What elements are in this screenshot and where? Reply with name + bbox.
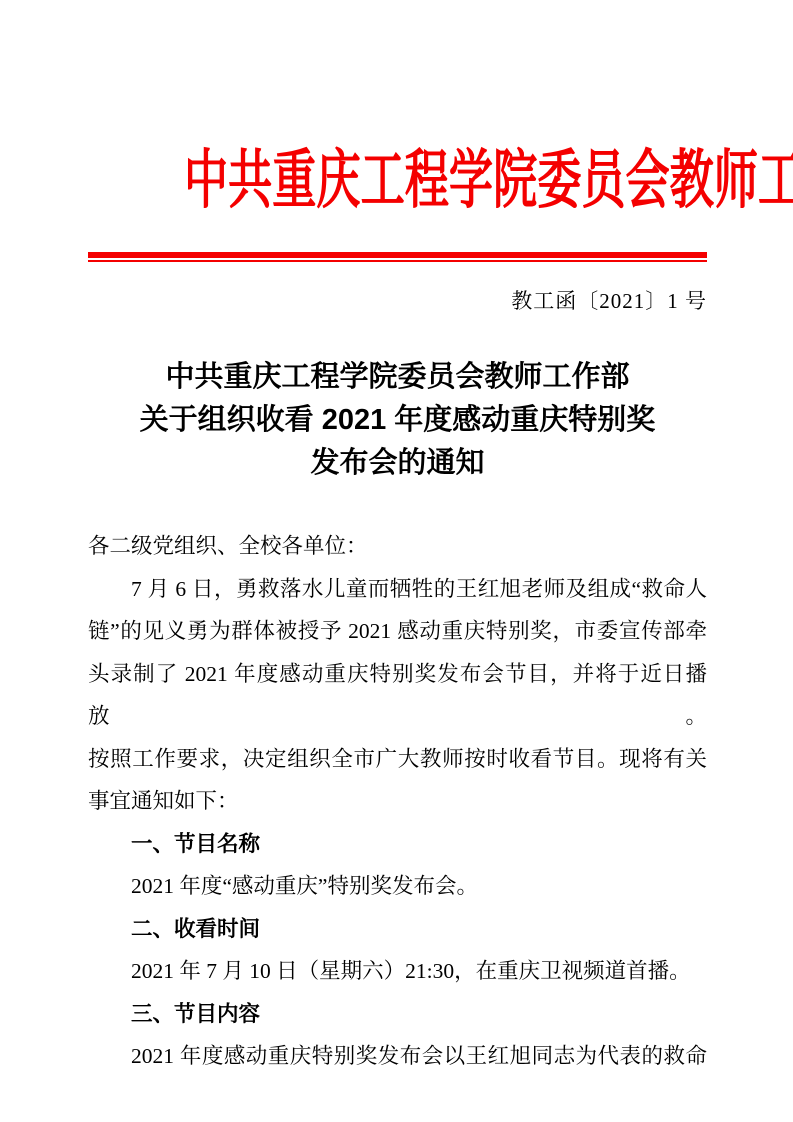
body-line: 2021 年度感动重庆特别奖发布会以王红旭同志为代表的救命 (88, 1035, 707, 1078)
body-line: 按照工作要求，决定组织全市广大教师按时收看节目。现将有关 (88, 738, 707, 781)
body-line: 头录制了 2021 年度感动重庆特别奖发布会节目，并将于近日播放。 (88, 653, 707, 738)
body-line: 各二级党组织、全校各单位： (88, 525, 707, 568)
document-number: 教工函〔2021〕1 号 (88, 288, 707, 314)
notice-title: 中共重庆工程学院委员会教师工作部 关于组织收看 2021 年度感动重庆特别奖 发… (88, 356, 707, 485)
body-line: 2021 年度“感动重庆”特别奖发布会。 (88, 865, 707, 908)
body-line: 事宜通知如下： (88, 780, 707, 823)
notice-title-line-1: 中共重庆工程学院委员会教师工作部 (88, 356, 707, 399)
body-text: 各二级党组织、全校各单位：7 月 6 日，勇救落水儿童而牺牲的王红旭老师及组成“… (88, 525, 707, 1078)
section-heading: 三、节目内容 (88, 993, 707, 1036)
letterhead-title: 中共重庆工程学院委员会教师工作部 (184, 145, 611, 215)
section-heading: 一、节目名称 (88, 823, 707, 866)
section-heading: 二、收看时间 (88, 908, 707, 951)
letterhead-divider (88, 252, 707, 262)
document-page: 中共重庆工程学院委员会教师工作部 教工函〔2021〕1 号 中共重庆工程学院委员… (0, 0, 793, 1122)
notice-title-line-3: 发布会的通知 (88, 442, 707, 485)
notice-title-line-2: 关于组织收看 2021 年度感动重庆特别奖 (88, 399, 707, 442)
body-line: 7 月 6 日，勇救落水儿童而牺牲的王红旭老师及组成“救命人 (88, 568, 707, 611)
body-line: 2021 年 7 月 10 日（星期六）21:30，在重庆卫视频道首播。 (88, 950, 707, 993)
body-line: 链”的见义勇为群体被授予 2021 感动重庆特别奖，市委宣传部牵 (88, 610, 707, 653)
